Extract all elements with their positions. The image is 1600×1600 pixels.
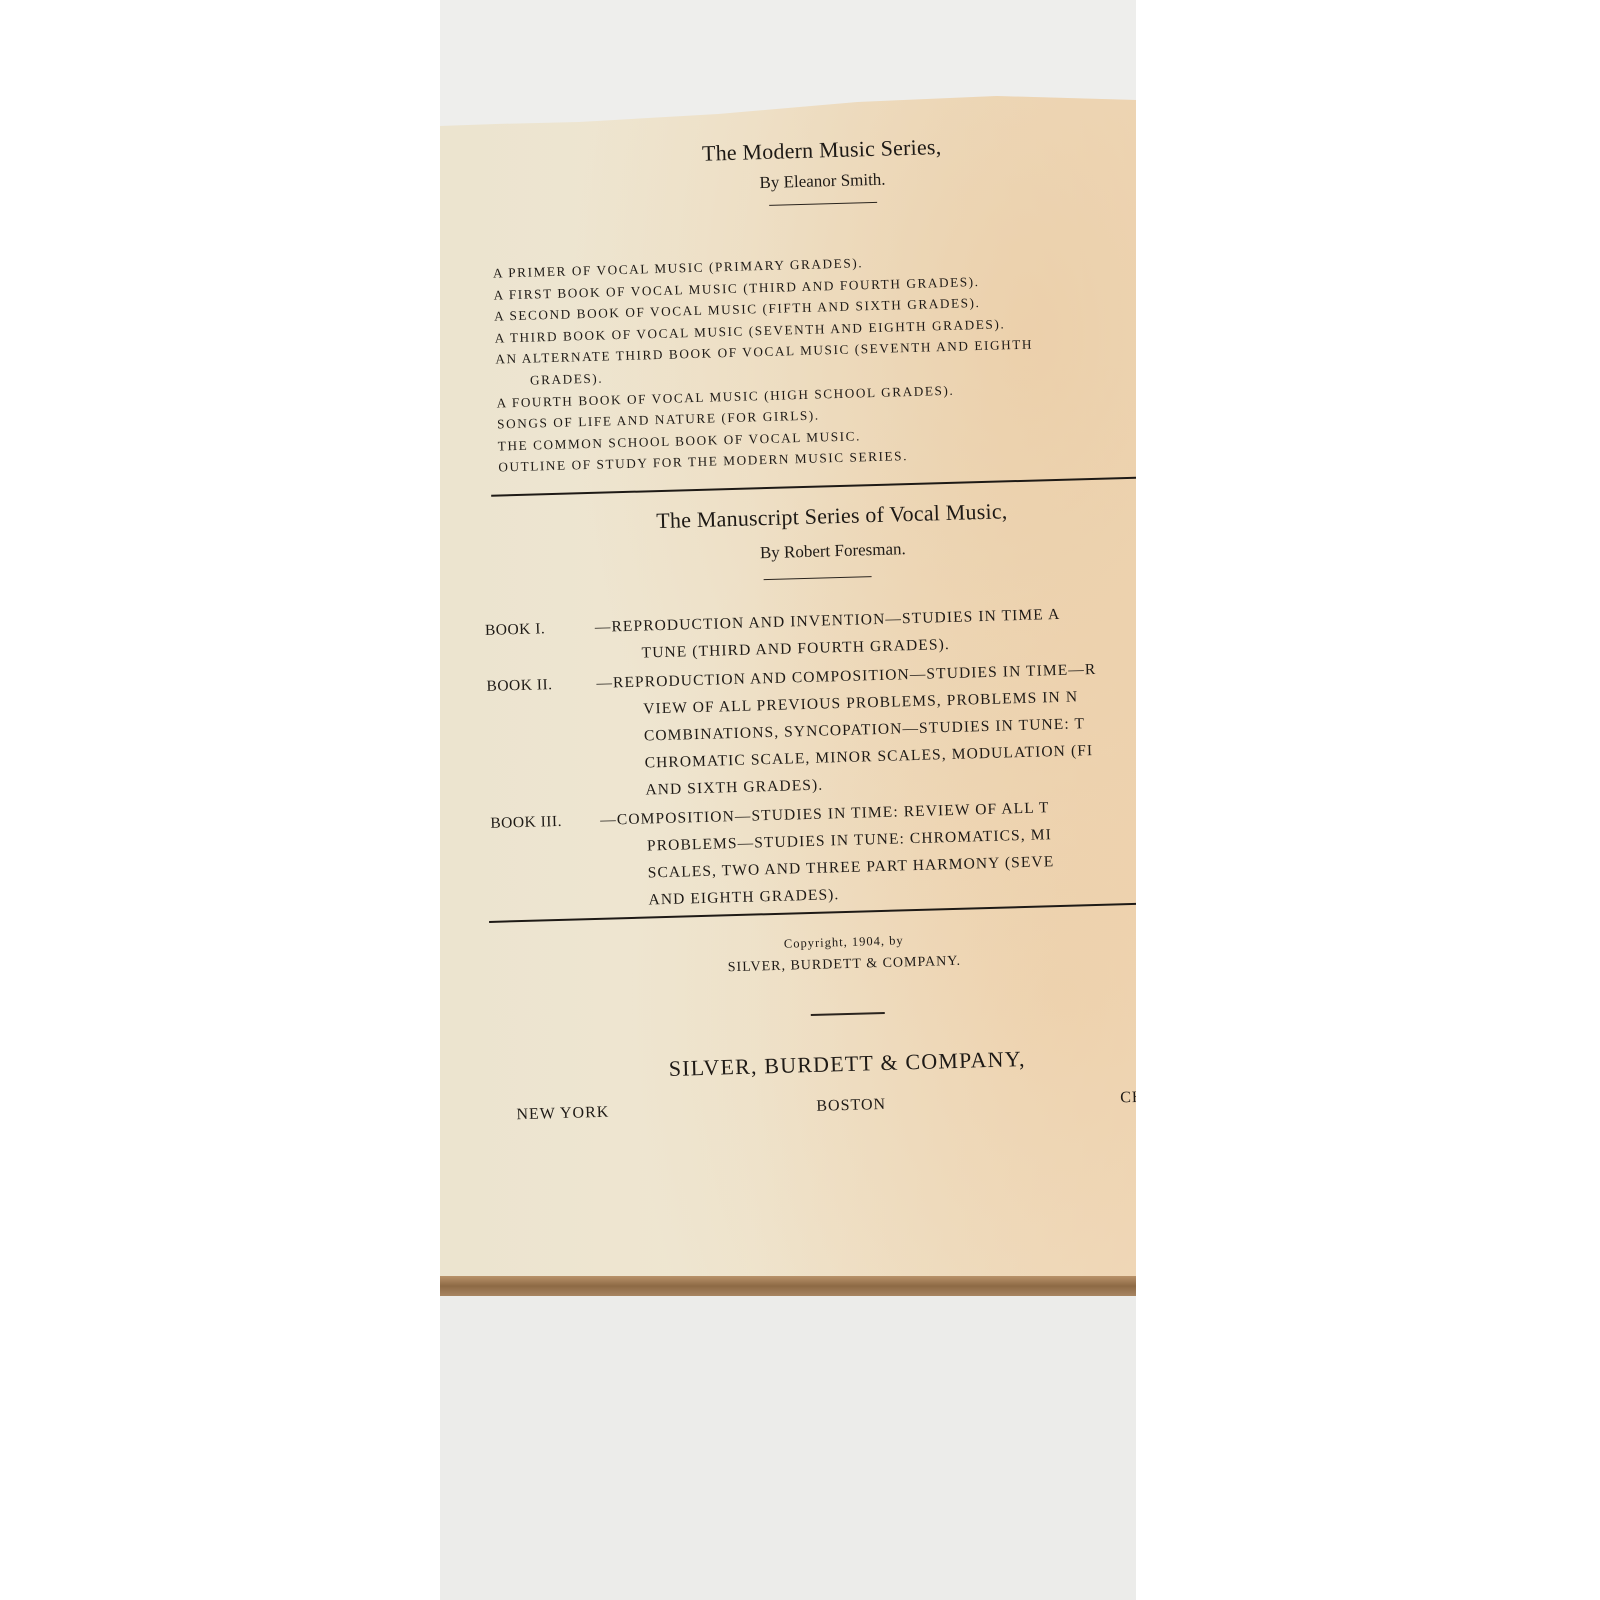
book-page: The Modern Music Series, By Eleanor Smit…: [440, 96, 1136, 1296]
book-number: BOOK I.: [485, 614, 596, 671]
book-page-photo: The Modern Music Series, By Eleanor Smit…: [440, 0, 1136, 1600]
city-new-york: NEW YORK: [516, 1104, 609, 1125]
short-divider: [769, 202, 877, 206]
city-chicago: CHICA: [1120, 1088, 1136, 1108]
short-divider: [811, 1012, 885, 1016]
manuscript-books-list: BOOK I. —REPRODUCTION AND INVENTION—STUD…: [485, 596, 1136, 920]
publisher-name: SILVER, BURDETT & COMPANY,: [467, 1040, 1136, 1087]
book-number: BOOK II.: [486, 670, 600, 808]
section-divider: [491, 475, 1136, 497]
manuscript-series-title: The Manuscript Series of Vocal Music,: [452, 493, 1136, 540]
book-description: —COMPOSITION—STUDIES IN TIME: REVIEW OF …: [600, 790, 1136, 915]
worn-page-edge: [440, 1276, 1136, 1296]
page-content: The Modern Music Series, By Eleanor Smit…: [440, 75, 1136, 1296]
list-item-continuation-text: Grades).: [496, 371, 604, 389]
book-description: —REPRODUCTION AND COMPOSITION—STUDIES IN…: [596, 653, 1136, 805]
book-entry: BOOK II. —REPRODUCTION AND COMPOSITION—S…: [486, 652, 1136, 808]
short-divider: [764, 576, 872, 580]
modern-series-list: A Primer of Vocal Music (Primary Grades)…: [493, 242, 1136, 478]
city-boston: BOSTON: [816, 1096, 886, 1116]
book-number: BOOK III.: [490, 807, 603, 918]
book-entry: BOOK III. —COMPOSITION—STUDIES IN TIME: …: [490, 789, 1136, 918]
